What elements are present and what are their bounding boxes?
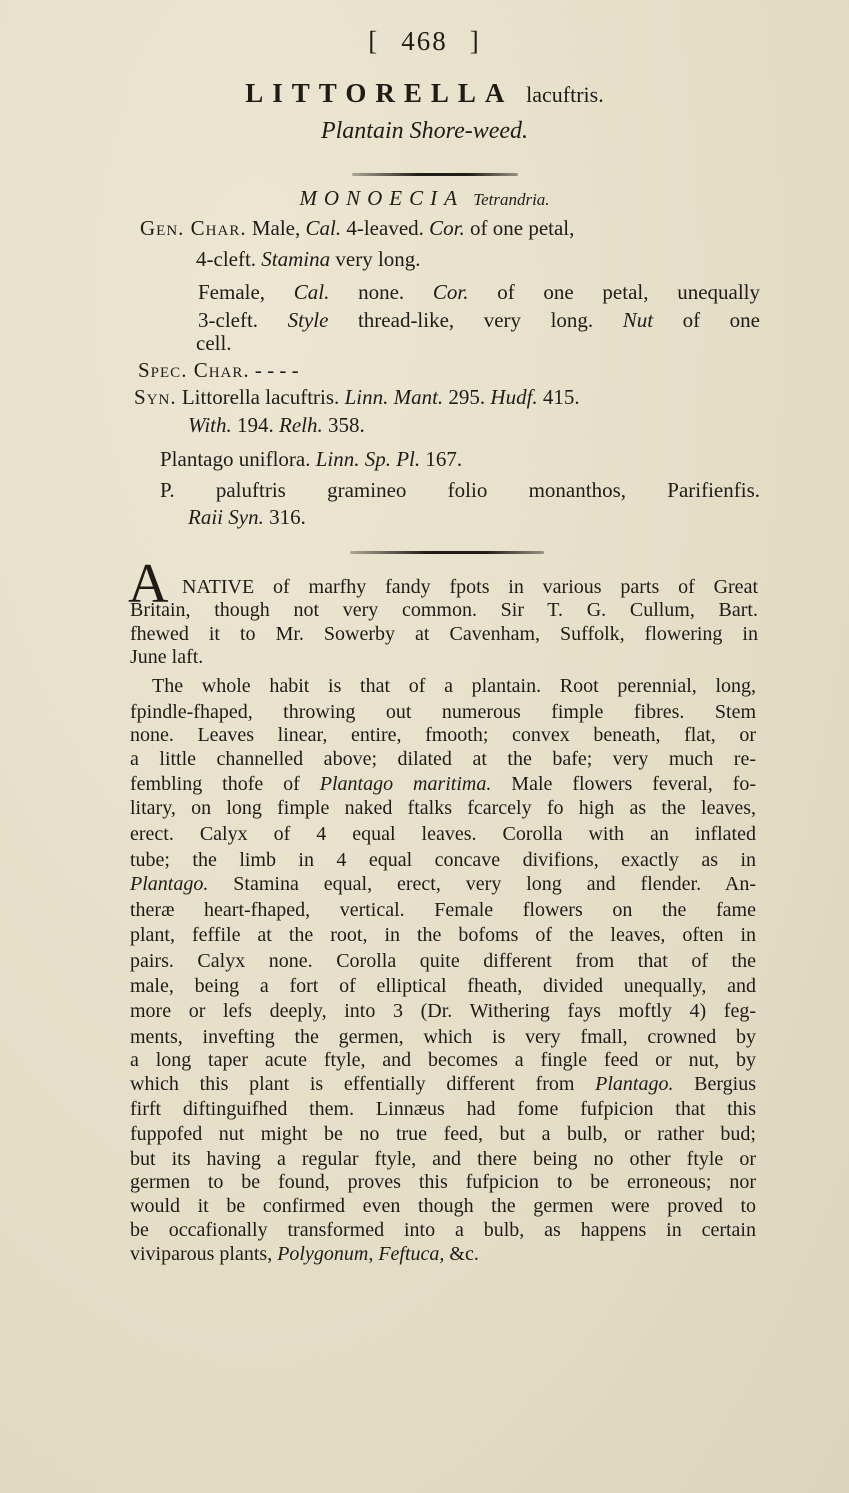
- text-line: theræ heart-fhaped, vertical. Female flo…: [130, 899, 756, 922]
- text-line: germen to be found, proves this fufpicio…: [130, 1171, 756, 1194]
- page-number: [468]: [0, 26, 849, 57]
- text-line: The whole habit is that of a plantain. R…: [152, 675, 756, 698]
- gen-char-label: Gen. Char.: [140, 216, 247, 240]
- text-line: plant, feffile at the root, in the bofom…: [130, 924, 756, 947]
- text-line: none. Leaves linear, entire, fmooth; con…: [130, 724, 756, 747]
- gen-char-line-2: Female, Cal. none. Cor. of one petal, un…: [198, 280, 760, 305]
- gen-char-line-1: 4-cleft. Stamina very long.: [196, 247, 421, 272]
- order-name: Tetrandria.: [473, 190, 549, 209]
- text-line: June laft.: [130, 646, 203, 669]
- text-line: fhewed it to Mr. Sowerby at Cavenham, Su…: [130, 623, 758, 646]
- text-line: Plantago. Stamina equal, erect, very lon…: [130, 873, 756, 896]
- text-line: fpindle-fhaped, throwing out numerous fi…: [130, 701, 756, 724]
- common-name: Plantain Shore-weed.: [0, 118, 849, 145]
- text-line: ments, invefting the germen, which is ve…: [130, 1026, 756, 1049]
- gen-char-line-4: cell.: [196, 331, 232, 356]
- bracket-right: ]: [470, 26, 481, 56]
- text-line: which this plant is effentially differen…: [130, 1073, 756, 1096]
- syn-label: Syn.: [134, 385, 177, 409]
- text-line: tube; the limb in 4 equal concave divifi…: [130, 849, 756, 872]
- text-line: NATIVE of marfhy fandy fpots in various …: [182, 576, 758, 599]
- gen-char-text: 3-cleft. Style thread-like, very long. N…: [198, 308, 760, 333]
- spec-char-value: - - - -: [255, 358, 299, 382]
- text-line: erect. Calyx of 4 equal leaves. Corolla …: [130, 823, 756, 846]
- text-line: more or lefs deeply, into 3 (Dr. Witheri…: [130, 1000, 756, 1023]
- genus-name: LITTORELLA: [245, 78, 513, 108]
- text-line: Britain, though not very common. Sir T. …: [130, 599, 758, 622]
- page-number-value: 468: [401, 26, 448, 56]
- linnaean-class: MONOECIA Tetrandria.: [0, 186, 849, 211]
- syn-text: Littorella lacuftris. Linn. Mant. 295. H…: [182, 385, 580, 409]
- syn-line-4: Raii Syn. 316.: [188, 505, 306, 530]
- book-page: [468] LITTORELLA lacuftris. Plantain Sho…: [0, 0, 849, 1493]
- text-line: would it be confirmed even though the ge…: [130, 1195, 756, 1218]
- gen-char-line-0: Gen. Char. Male, Cal. 4-leaved. Cor. of …: [140, 216, 760, 241]
- gen-char-line-3: 3-cleft. Style thread-like, very long. N…: [198, 308, 760, 333]
- syn-line-2: Plantago uniflora. Linn. Sp. Pl. 167.: [160, 447, 462, 472]
- text-line: be occafionally transformed into a bulb,…: [130, 1219, 756, 1242]
- text-line: a little channelled above; dilated at th…: [130, 748, 756, 771]
- spec-char-label: Spec. Char.: [138, 358, 250, 382]
- text-line: a long taper acute ftyle, and becomes a …: [130, 1049, 756, 1072]
- syn-text: P. paluftris gramineo folio monanthos, P…: [160, 478, 760, 503]
- spec-char-line: Spec. Char. - - - -: [138, 358, 299, 383]
- syn-line-1: With. 194. Relh. 358.: [188, 413, 365, 438]
- text-line: pairs. Calyx none. Corolla quite differe…: [130, 950, 756, 973]
- species-title: LITTORELLA lacuftris.: [0, 78, 849, 109]
- text-line: firft diftinguifhed them. Linnæus had fo…: [130, 1098, 756, 1121]
- divider-rule: [352, 173, 518, 176]
- species-epithet: lacuftris.: [526, 82, 604, 107]
- divider-rule: [350, 551, 544, 554]
- text-line: viviparous plants, Polygonum, Feftuca, &…: [130, 1243, 479, 1266]
- class-name: MONOECIA: [299, 186, 464, 210]
- gen-char-text: Female, Cal. none. Cor. of one petal, un…: [198, 280, 760, 305]
- text-line: fembling thofe of Plantago maritima. Mal…: [130, 773, 756, 796]
- text-line: fuppofed nut might be no true feed, but …: [130, 1123, 756, 1146]
- syn-line-0: Syn. Littorella lacuftris. Linn. Mant. 2…: [134, 385, 760, 410]
- text-line: but its having a regular ftyle, and ther…: [130, 1148, 756, 1171]
- bracket-left: [: [368, 26, 379, 56]
- text-line: male, being a fort of elliptical fheath,…: [130, 975, 756, 998]
- syn-line-3: P. paluftris gramineo folio monanthos, P…: [160, 478, 760, 503]
- text-line: litary, on long fimple naked ftalks fcar…: [130, 797, 756, 820]
- gen-char-text: Male, Cal. 4-leaved. Cor. of one petal,: [252, 216, 575, 240]
